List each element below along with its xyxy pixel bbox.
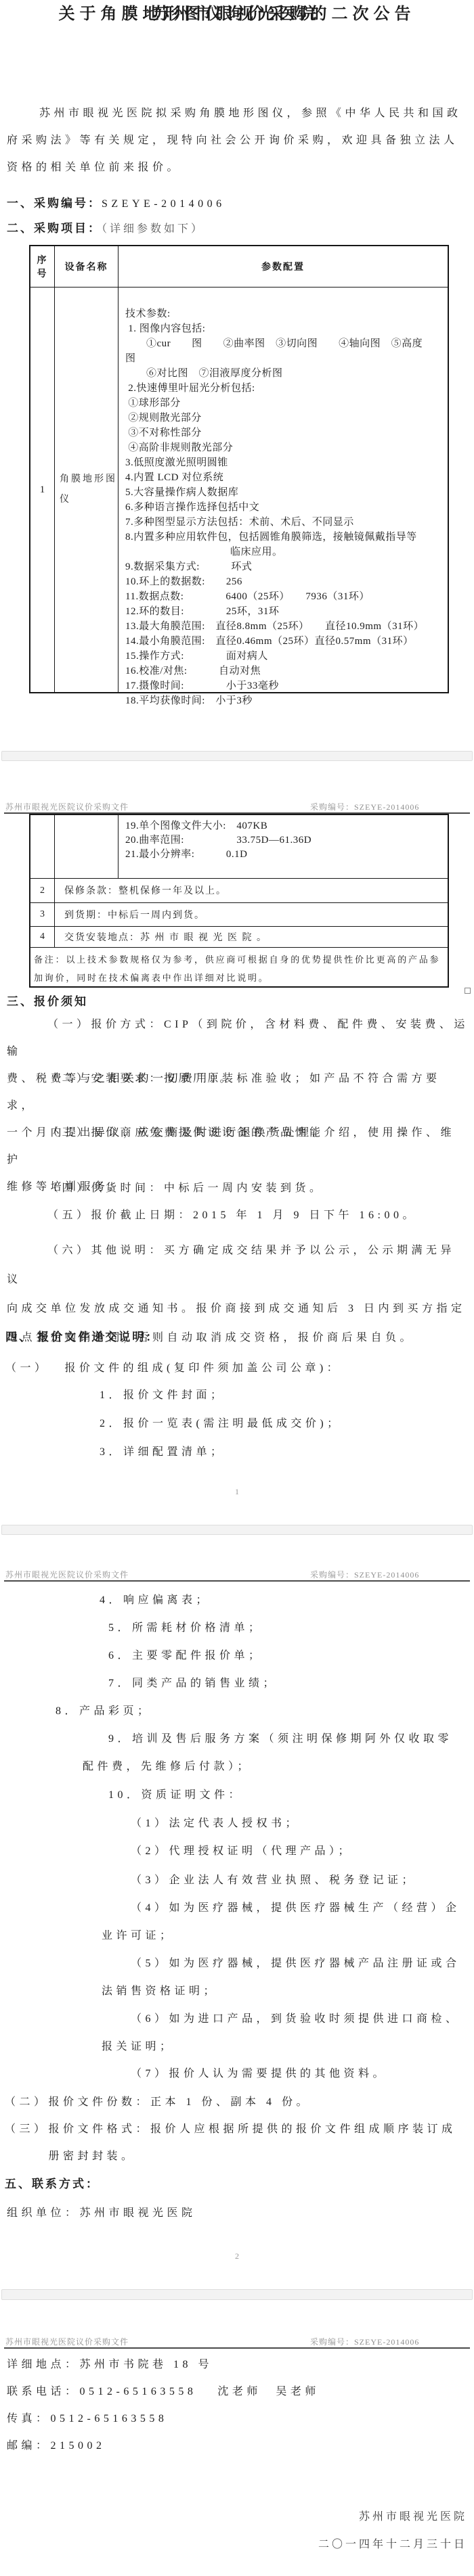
stray-square-mark [465,988,471,994]
sec4-items-5-7: 5．所需耗材价格清单； 6．主要零配件报价单； 7．同类产品的销售业绩； [108,1614,467,1697]
sec4-q6: （6）如为进口产品，到货验收时须提供进口商检、 报关证明； [102,2005,467,2061]
page3-header-left: 苏州市眼视光医院议价采购文件 [5,1569,129,1580]
row4-text: 交货安装地点：苏 州 市 眼 视 光 医 院 。 [55,927,448,948]
spec-table-part2: 19.单个图像文件大小: 407KB 20.曲率范围: 33.75D—61.36… [29,814,449,988]
page3-header-rule [4,1580,470,1582]
spec-table-part1: 序 号 设备名称 参数配置 1 角膜地形图 仪 技术参数: 1. 图像内容包括:… [29,245,449,693]
row1-no-continued [30,815,55,879]
sec4-q1: （1）法定代表人授权书； [131,1810,300,1837]
row2-text: 保修条款：整机保修一年及以上。 [55,879,448,903]
section-2-note: （详细参数如下） [102,223,204,235]
page3-header-right: 采购编号：SZEYE-2014006 [310,1569,419,1580]
sec5-org: 组织单位：苏州市眼视光医院 [7,2200,196,2227]
page4-header-rule [4,2347,470,2349]
page1-number: 1 [0,1487,474,1497]
document: 苏州市眼视光医院 关于角膜地形图仪询价采购的二次公告 苏州市眼视光医院拟采购角膜… [0,0,474,2576]
sec4-items-1-3: 1．报价文件封面； 2．报价一览表(需注明最低成交价)； 3．详细配置清单； [100,1381,469,1467]
sec3-p4: （四）供货时间：中标后一周内安装到货。 [7,1175,469,1202]
table-note: 备注：以上技术参数规格仅为参考，供应商可根据自身的优势提供性价比更高的产品参 加… [30,948,448,986]
signature-org: 苏州市眼视光医院 [203,2503,467,2531]
row1-name-continued [55,815,118,879]
page2-number: 2 [0,2251,474,2261]
row1-no: 1 [30,287,55,692]
row4-no: 4 [30,927,55,948]
sec4-q4: （4）如为医疗器械，提供医疗器械生产（经营）企 业许可证； [102,1894,467,1950]
page2-header-left: 苏州市眼视光医院议价采购文件 [5,801,129,812]
section-3-heading: 三、报价须知 [7,992,88,1009]
section-2-line: 二、采购项目：（详细参数如下） [7,218,469,235]
intro-paragraph: 苏州市眼视光医院拟采购角膜地形图仪，参照《中华人民共和国政 府采购法》等有关规定… [7,100,469,181]
contact-block: 详细地点：苏州市书院巷 18 号 联系电话：0512-65163558 沈老师 … [7,2351,469,2460]
page2-header-right: 采购编号：SZEYE-2014006 [310,801,419,812]
row2-no: 2 [30,879,55,903]
page4-header-left: 苏州市眼视光医院议价采购文件 [5,2336,129,2347]
sec4-q5: （5）如为医疗器械，提供医疗器械产品注册证或合 法销售资格证明； [102,1950,467,2005]
section-1-heading: 一、采购编号： [7,197,102,210]
page-separator-1 [1,751,473,761]
table-header-spec: 参数配置 [118,246,448,287]
row1-specs-page2: 19.单个图像文件大小: 407KB 20.曲率范围: 33.75D—61.36… [118,815,448,879]
page-separator-2 [1,1525,473,1535]
sec4-q3: （3）企业法人有效营业执照、税务登记证； [131,1867,416,1894]
table-header-name: 设备名称 [55,246,118,287]
section-5-heading: 五、联系方式： [5,2174,100,2191]
row3-text: 到货期：中标后一周内到货。 [55,903,448,927]
sec4-q2: （2）代理授权证明（代理产品）； [131,1838,353,1865]
doc-subtitle: 关于角膜地形图仪询价采购的二次公告 [0,0,474,24]
section-2-heading: 二、采购项目： [7,222,102,235]
sec4-sub1: （一） 报价文件的组成(复印件须加盖公司公章)： [5,1355,469,1382]
sec4-item-8: 8．产品彩页； [56,1698,152,1725]
page4-header-right: 采购编号：SZEYE-2014006 [310,2336,419,2347]
section-4-heading: 四、 报价文件递交说明： [5,1327,159,1344]
section-1-line: 一、采购编号：SZEYE-2014006 [7,191,469,218]
sec4-item-4: 4．响应偏离表； [100,1587,211,1614]
sec3-p5: （五）报价截止日期：2015 年 1 月 9 日下午 16:00。 [7,1202,469,1229]
sec4-sub3: （三）报价文件格式：报价人应根据所提供的报价文件组成顺序装订成 册密封封装。 [5,2116,471,2170]
sec4-item-10: 10．资质证明文件： [108,1782,243,1809]
sec4-q7: （7）报价人认为需要提供的其他资料。 [131,2061,387,2088]
procurement-number: SZEYE-2014006 [102,198,225,210]
sec4-sub2: （二）报价文件份数：正本 1 份、副本 4 份。 [5,2089,311,2116]
sec4-item-9: 9．培训及售后服务方案（须注明保修期阿外仅收取零 配件费，先维修后付款）； [83,1725,469,1780]
signature-block: 苏州市眼视光医院 二〇一四年十二月三十日 [203,2503,467,2558]
row1-specs-page1: 技术参数: 1. 图像内容包括: ①cur 图 ②曲率图 ③切向图 ④轴向图 ⑤… [118,287,448,692]
page-separator-3 [1,2289,473,2300]
row3-no: 3 [30,903,55,927]
signature-date: 二〇一四年十二月三十日 [203,2531,467,2558]
row1-name: 角膜地形图 仪 [55,287,118,692]
table-header-no: 序 号 [30,246,55,287]
